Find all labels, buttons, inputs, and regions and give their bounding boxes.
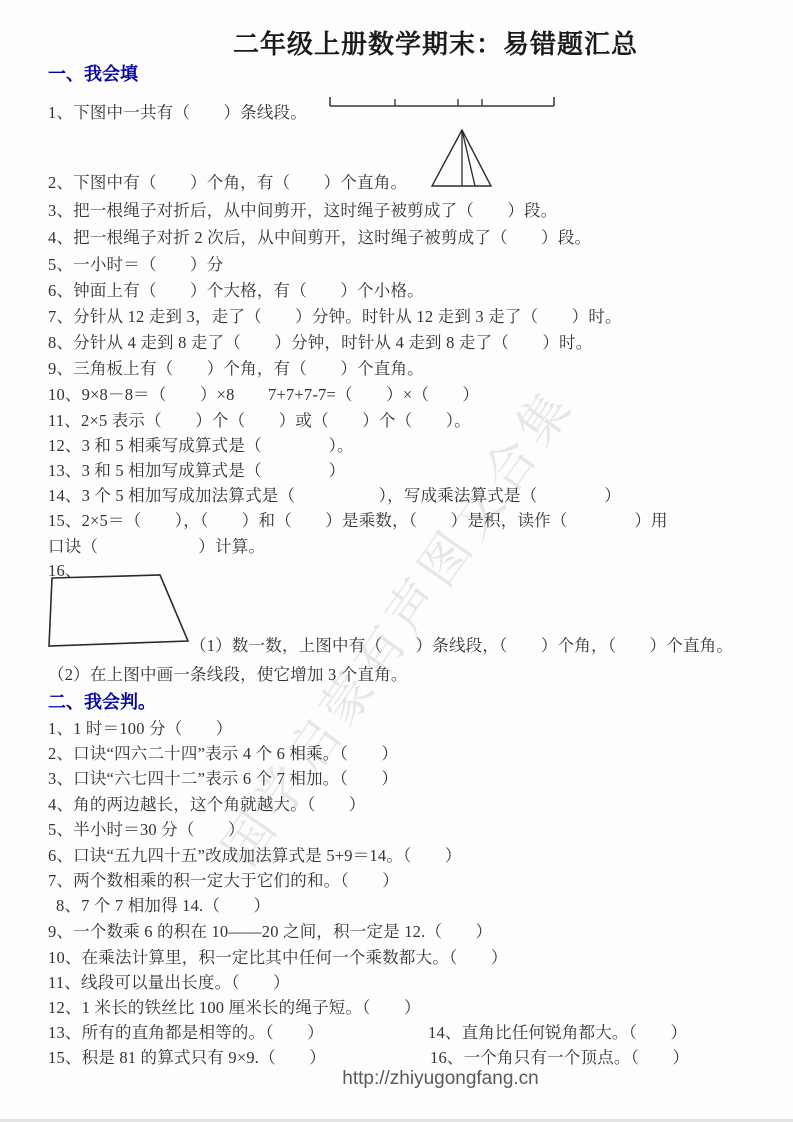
section1-q8: 8、分针从 4 走到 8 走了（ ）分钟，时针从 4 走到 8 走了（ ）时。 bbox=[48, 329, 592, 353]
section2-q11: 11、线段可以量出长度。（ ） bbox=[48, 969, 290, 993]
section1-q16-sub2: （2）在上图中画一条线段，使它增加 3 个直角。 bbox=[48, 661, 408, 685]
section1-q13: 13、3 和 5 相加写成算式是（ ） bbox=[48, 457, 345, 481]
section2-q9: 9、一个数乘 6 的积在 10——20 之间，积一定是 12.（ ） bbox=[48, 918, 492, 942]
section1-q1: 1、下图中一共有（ ）条线段。 bbox=[48, 99, 307, 123]
section2-q16: 16、一个角只有一个顶点。（ ） bbox=[430, 1044, 689, 1068]
triangle-diagram bbox=[428, 127, 498, 190]
section2-q15: 15、积是 81 的算式只有 9×9.（ ） bbox=[48, 1044, 326, 1068]
section2-heading: 二、我会判。 bbox=[48, 688, 156, 714]
section1-q5: 5、一小时＝（ ）分 bbox=[48, 251, 223, 275]
section2-q8: 8、7 个 7 相加得 14.（ ） bbox=[56, 892, 270, 916]
section1-q4: 4、把一根绳子对折 2 次后，从中间剪开，这时绳子被剪成了（ ）段。 bbox=[48, 224, 591, 248]
worksheet-page: 国学启蒙有声图文合集 二年级上册数学期末：易错题汇总 一、我会填 1、下图中一共… bbox=[0, 0, 793, 1122]
section2-q1: 1、1 时＝100 分（ ） bbox=[48, 715, 233, 739]
section1-q11: 11、2×5 表示（ ）个（ ）或（ ）个（ ）。 bbox=[48, 407, 471, 431]
section1-q15-line2: 口诀（ ）计算。 bbox=[48, 533, 265, 557]
section2-q12: 12、1 米长的铁丝比 100 厘米长的绳子短。（ ） bbox=[48, 994, 421, 1018]
section2-q5: 5、半小时＝30 分（ ） bbox=[48, 816, 245, 840]
section1-q6: 6、钟面上有（ ）个大格，有（ ）个小格。 bbox=[48, 277, 424, 301]
quadrilateral-diagram bbox=[42, 568, 194, 652]
section2-q13: 13、所有的直角都是相等的。（ ） bbox=[48, 1019, 324, 1043]
section2-q14: 14、直角比任何锐角都大。（ ） bbox=[428, 1019, 687, 1043]
section1-q15: 15、2×5＝（ ），（ ）和（ ）是乘数，（ ）是积，读作（ ）用 bbox=[48, 507, 668, 531]
section1-q7: 7、分针从 12 走到 3，走了（ ）分钟。时针从 12 走到 3 走了（ ）时… bbox=[48, 303, 622, 327]
section2-q2: 2、口诀“四六二十四”表示 4 个 6 相乘。（ ） bbox=[48, 740, 398, 764]
section1-q16-sub1: （1）数一数，上图中有（ ）条线段，（ ）个角，（ ）个直角。 bbox=[190, 632, 733, 656]
section1-q14: 14、3 个 5 相加写成加法算式是（ ），写成乘法算式是（ ） bbox=[48, 482, 621, 506]
section1-q9: 9、三角板上有（ ）个角，有（ ）个直角。 bbox=[48, 355, 424, 379]
section1-q12: 12、3 和 5 相乘写成算式是（ ）。 bbox=[48, 432, 354, 456]
section1-q10: 10、9×8－8＝（ ）×8 7+7+7-7=（ ）×（ ） bbox=[48, 381, 479, 405]
section2-q6: 6、口诀“五九四十五”改成加法算式是 5+9＝14。（ ） bbox=[48, 842, 462, 866]
page-title: 二年级上册数学期末：易错题汇总 bbox=[0, 24, 793, 61]
section2-q4: 4、角的两边越长，这个角就越大。（ ） bbox=[48, 791, 366, 815]
footer-url: http://zhiyugongfang.cn bbox=[0, 1068, 793, 1090]
section2-q7: 7、两个数相乘的积一定大于它们的和。（ ） bbox=[48, 867, 399, 891]
section2-q3: 3、口诀“六七四十二”表示 6 个 7 相加。（ ） bbox=[48, 765, 398, 789]
section1-q2: 2、下图中有（ ）个角，有（ ）个直角。 bbox=[48, 169, 407, 193]
section1-q3: 3、把一根绳子对折后，从中间剪开，这时绳子被剪成了（ ）段。 bbox=[48, 197, 557, 221]
line-segment-diagram bbox=[328, 93, 558, 110]
section1-heading: 一、我会填 bbox=[48, 60, 138, 86]
section2-q10: 10、在乘法计算里，积一定比其中任何一个乘数都大。（ ） bbox=[48, 944, 508, 968]
